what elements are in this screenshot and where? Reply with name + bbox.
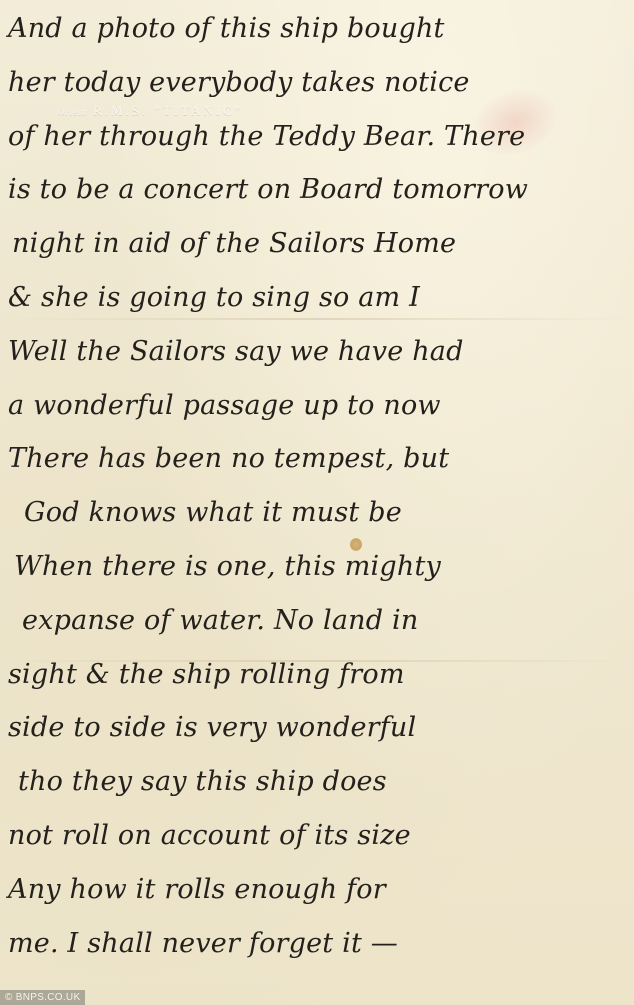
text-line: of her through the Teddy Bear. There bbox=[8, 110, 634, 164]
text-line: expanse of water. No land in bbox=[8, 594, 634, 648]
text-line: & she is going to sing so am I bbox=[8, 271, 634, 325]
text-line: a wonderful passage up to now bbox=[8, 379, 634, 433]
text-line: And a photo of this ship bought bbox=[8, 2, 634, 56]
text-line: tho they say this ship does bbox=[8, 755, 634, 809]
text-line: When there is one, this mighty bbox=[8, 540, 634, 594]
text-line: night in aid of the Sailors Home bbox=[8, 217, 634, 271]
text-line: her today everybody takes notice bbox=[8, 56, 634, 110]
handwritten-text: And a photo of this ship bought her toda… bbox=[8, 2, 634, 970]
text-line: not roll on account of its size bbox=[8, 809, 634, 863]
text-line: sight & the ship rolling from bbox=[8, 648, 634, 702]
text-line: is to be a concert on Board tomorrow bbox=[8, 163, 634, 217]
letter-page: OrientR.M.S. "TITANIC" And a photo of th… bbox=[0, 0, 634, 1005]
text-line: Well the Sailors say we have had bbox=[8, 325, 634, 379]
copyright-watermark: © BNPS.CO.UK bbox=[0, 990, 85, 1005]
text-line: There has been no tempest, but bbox=[8, 432, 634, 486]
text-line: Any how it rolls enough for bbox=[8, 863, 634, 917]
text-line: side to side is very wonderful bbox=[8, 701, 634, 755]
text-line: me. I shall never forget it — bbox=[8, 917, 634, 971]
text-line: God knows what it must be bbox=[8, 486, 634, 540]
